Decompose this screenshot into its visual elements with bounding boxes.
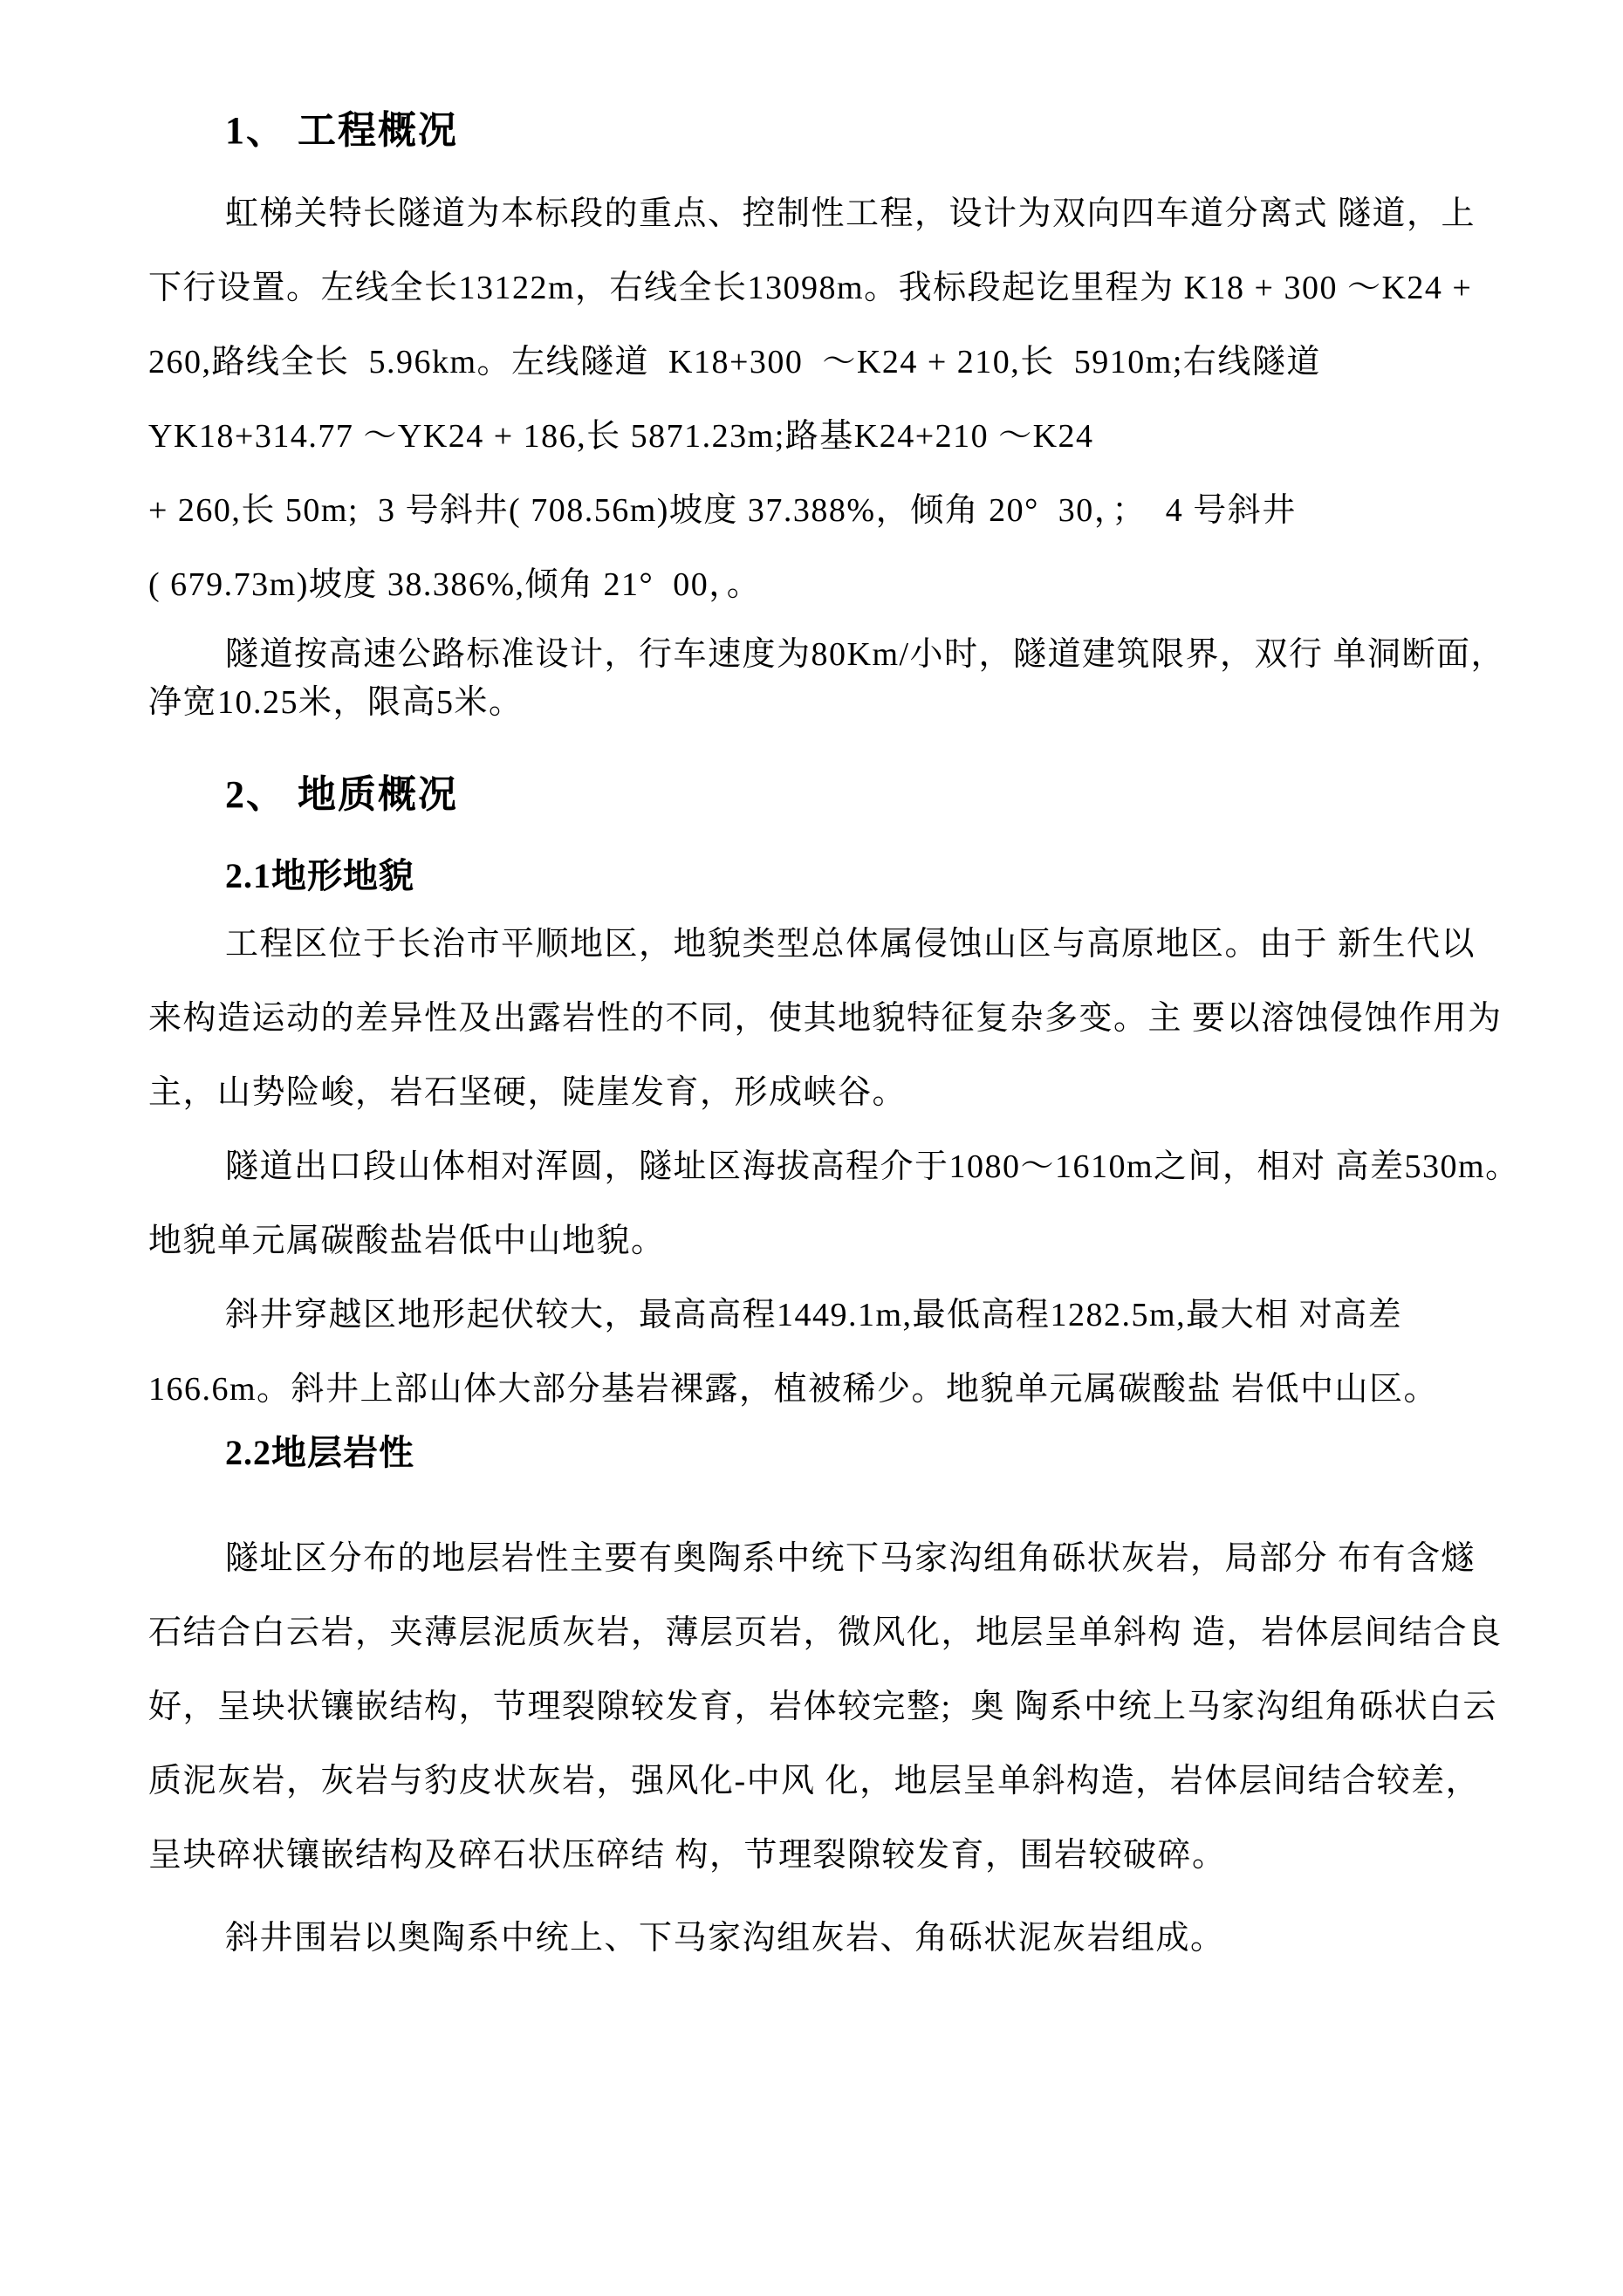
text-line: 隧址区分布的地层岩性主要有奥陶系中统下马家沟组角砾状灰岩，局部分 布有含燧 [148,1522,1527,1596]
text-line: YK18+314.77 〜YK24 + 186,长 5871.23m;路基K24… [148,400,1527,474]
text-line: ( 679.73m)坡度 38.386%,倾角 21° 00，。 [148,548,1527,622]
heading-2-1-topography: 2.1地形地貌 [148,857,1527,895]
text-line: + 260,长 50m; 3 号斜井( 708.56m)坡度 37.388%，倾… [148,474,1527,548]
paragraph-design-standard: 隧道按高速公路标准设计，行车速度为80Km/小时，隧道建筑限界，双行 单洞断面，… [148,631,1527,727]
heading-2-2-stratum-lithology: 2.2地层岩性 [148,1434,1527,1472]
paragraph-project-intro: 虹梯关特长隧道为本标段的重点、控制性工程，设计为双向四车道分离式 隧道，上 下行… [148,177,1527,622]
text-line: 260,路线全长 5.96km。左线隧道 K18+300 〜K24 + 210,… [148,326,1527,400]
text-line: 好，呈块状镶嵌结构，节理裂隙较发育，岩体较完整; 奥 陶系中统上马家沟组角砾状白… [148,1670,1527,1744]
document-content: 1、 工程概况 虹梯关特长隧道为本标段的重点、控制性工程，设计为双向四车道分离式… [148,111,1527,1984]
text-line: 斜井围岩以奥陶系中统上、下马家沟组灰岩、角砾状泥灰岩组成。 [148,1902,1527,1976]
paragraph-region-landform: 工程区位于长治市平顺地区，地貌类型总体属侵蚀山区与高原地区。由于 新生代以 来构… [148,908,1527,1130]
heading-1-project-overview: 1、 工程概况 [148,111,1527,151]
paragraph-shaft-surrounding-rock: 斜井围岩以奥陶系中统上、下马家沟组灰岩、角砾状泥灰岩组成。 [148,1902,1527,1976]
text-line: 净宽10.25米，限高5米。 [148,679,1527,727]
heading-2-geology-overview: 2、 地质概况 [148,775,1527,815]
document-page: 1、 工程概况 虹梯关特长隧道为本标段的重点、控制性工程，设计为双向四车道分离式… [0,0,1623,2296]
paragraph-inclined-shaft-terrain: 斜井穿越区地形起伏较大，最高高程1449.1m,最低高程1282.5m,最大相 … [148,1278,1527,1427]
text-line: 工程区位于长治市平顺地区，地貌类型总体属侵蚀山区与高原地区。由于 新生代以 [148,908,1527,982]
text-line: 石结合白云岩，夹薄层泥质灰岩，薄层页岩，微风化，地层呈单斜构 造，岩体层间结合良 [148,1596,1527,1670]
text-line: 隧道出口段山体相对浑圆，隧址区海拔高程介于1080〜1610m之间，相对 高差5… [148,1130,1527,1204]
text-line: 斜井穿越区地形起伏较大，最高高程1449.1m,最低高程1282.5m,最大相 … [148,1278,1527,1353]
text-line: 主，山势险峻，岩石坚硬，陡崖发育，形成峡谷。 [148,1056,1527,1130]
text-line: 来构造运动的差异性及出露岩性的不同，使其地貌特征复杂多变。主 要以溶蚀侵蚀作用为 [148,982,1527,1056]
paragraph-stratum-lithology-detail: 隧址区分布的地层岩性主要有奥陶系中统下马家沟组角砾状灰岩，局部分 布有含燧 石结… [148,1522,1527,1893]
text-line: 地貌单元属碳酸盐岩低中山地貌。 [148,1204,1527,1278]
text-line: 下行设置。左线全长13122m，右线全长13098m。我标段起讫里程为 K18 … [148,251,1527,326]
text-line: 166.6m。斜井上部山体大部分基岩裸露，植被稀少。地貌单元属碳酸盐 岩低中山区… [148,1353,1527,1427]
text-line: 呈块碎状镶嵌结构及碎石状压碎结 构，节理裂隙较发育，围岩较破碎。 [148,1819,1527,1893]
text-line: 质泥灰岩，灰岩与豹皮状灰岩，强风化-中风 化，地层呈单斜构造，岩体层间结合较差， [148,1744,1527,1819]
paragraph-tunnel-exit-elevation: 隧道出口段山体相对浑圆，隧址区海拔高程介于1080〜1610m之间，相对 高差5… [148,1130,1527,1278]
text-line: 隧道按高速公路标准设计，行车速度为80Km/小时，隧道建筑限界，双行 单洞断面， [148,631,1527,679]
text-line: 虹梯关特长隧道为本标段的重点、控制性工程，设计为双向四车道分离式 隧道，上 [148,177,1527,251]
